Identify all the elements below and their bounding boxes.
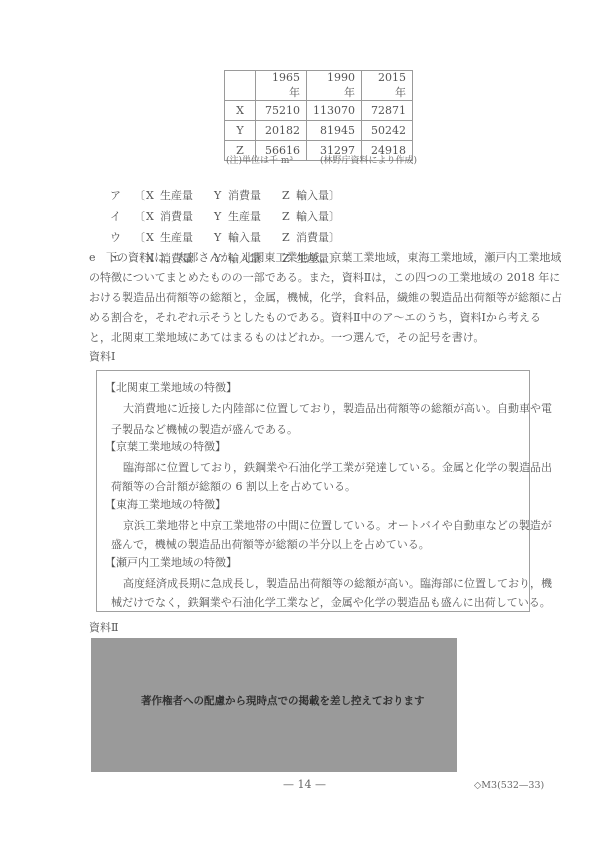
section-text: 械だけでなく，鉄鋼業や石油化学工業など，金属や化学の製造品も盛んに出荷している。 xyxy=(111,594,551,610)
section-heading: 【瀬戸内工業地域の特徴】 xyxy=(105,554,237,570)
table-cell: 113070 xyxy=(307,101,362,121)
section-heading: 【京葉工業地域の特徴】 xyxy=(105,438,226,454)
table-cell: 75210 xyxy=(256,101,307,121)
table-cell: 81945 xyxy=(307,121,362,141)
table-row-header: Y xyxy=(225,121,256,141)
question-label: e xyxy=(89,251,96,264)
table-row: Y 20182 81945 50242 xyxy=(225,121,413,141)
table-unit-note: (注)単位は千 m³ xyxy=(226,153,293,166)
section-text: 盛んで，機械の製造品出荷額等が総額の半分以上を占めている。 xyxy=(111,536,430,552)
table-cell: 20182 xyxy=(256,121,307,141)
question-line: 下の資料Ⅰは，太郎さんが，北関東工業地域，京葉工業地域，東海工業地域，瀬戸内工業… xyxy=(106,248,586,268)
data-table: 1965 年 1990 年 2015 年 X 75210 113070 7287… xyxy=(224,70,413,161)
table-row-header: X xyxy=(225,101,256,121)
section-text: 高度経済成長期に急成長し，製造品出荷額等の総額が高い。臨海部に位置しており，機 xyxy=(123,575,552,591)
redaction-notice: 著作権者への配慮から現時点での掲載を差し控えております xyxy=(141,693,425,708)
redacted-material2: 著作権者への配慮から現時点での掲載を差し控えております xyxy=(91,638,457,772)
section-text: 子製品など機械の製造が盛んである。 xyxy=(111,421,298,437)
question-line: おける製造品出荷額等の総額と，金属，機械，化学，食料品，繊維の製造品出荷額等が総… xyxy=(89,288,589,308)
question-text-cont: の特徴についてまとめたものの一部である。また，資料Ⅱは，この四つの工業地域の 2… xyxy=(89,268,589,348)
material2-title: 資料Ⅱ xyxy=(89,619,118,635)
page-number: — 14 — xyxy=(283,778,326,791)
exam-code: ◇M3(532—33) xyxy=(474,780,544,791)
table-header-row: 1965 年 1990 年 2015 年 xyxy=(225,71,413,101)
table-cell: 50242 xyxy=(362,121,413,141)
table-col-header: 1965 年 xyxy=(256,71,307,101)
table-row: X 75210 113070 72871 xyxy=(225,101,413,121)
table-corner-cell xyxy=(225,71,256,101)
question-text: 下の資料Ⅰは，太郎さんが，北関東工業地域，京葉工業地域，東海工業地域，瀬戸内工業… xyxy=(106,248,586,268)
section-text: 荷額等の合計額が総額の 6 割以上を占めている。 xyxy=(111,478,356,494)
section-text: 臨海部に位置しており，鉄鋼業や石油化学工業が発達している。金属と化学の製造品出 xyxy=(123,459,552,475)
section-heading: 【北関東工業地域の特徴】 xyxy=(105,379,237,395)
table-cell: 72871 xyxy=(362,101,413,121)
section-text: 大消費地に近接した内陸部に位置しており，製造品出荷額等の総額が高い。自動車や電 xyxy=(123,400,552,416)
table-source-note: (林野庁資料により作成) xyxy=(320,153,417,166)
material1-box: 【北関東工業地域の特徴】 大消費地に近接した内陸部に位置しており，製造品出荷額等… xyxy=(96,370,530,612)
material1-title: 資料Ⅰ xyxy=(89,348,115,364)
section-text: 京浜工業地帯と中京工業地帯の中間に位置している。オートバイや自動車などの製造が xyxy=(123,517,552,533)
table-col-header: 1990 年 xyxy=(307,71,362,101)
section-heading: 【東海工業地域の特徴】 xyxy=(105,496,226,512)
question-line: の特徴についてまとめたものの一部である。また，資料Ⅱは，この四つの工業地域の 2… xyxy=(89,268,589,288)
table-col-header: 2015 年 xyxy=(362,71,413,101)
question-line: める割合を，それぞれ示そうとしたものである。資料Ⅱ中のア～エのうち，資料Ⅰから考… xyxy=(89,308,589,328)
question-line: と，北関東工業地域にあてはまるものはどれか。一つ選んで，その記号を書け。 xyxy=(89,328,589,348)
